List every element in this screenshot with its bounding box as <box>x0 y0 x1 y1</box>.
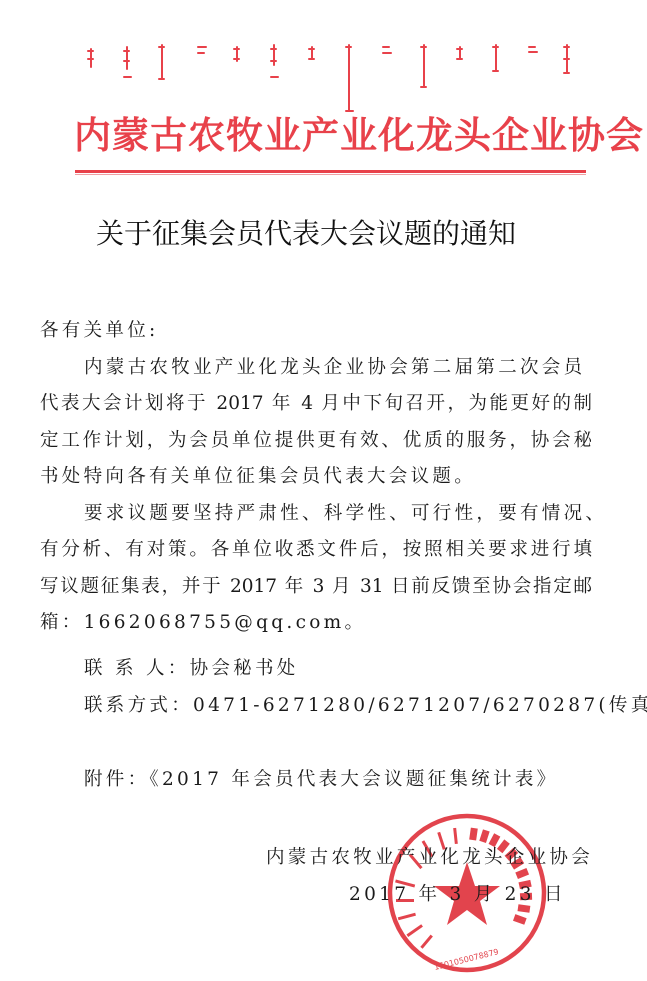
paragraph-line: 要求议题要坚持严肃性、科学性、可行性，要有情况、 <box>40 496 592 533</box>
paragraph-2: 要求议题要坚持严肃性、科学性、可行性，要有情况、 有分析、有对策。各单位收悉文件… <box>40 496 592 642</box>
organization-letterhead-title: 内蒙古农牧业产业化龙头企业协会 <box>74 110 586 160</box>
paragraph-line: 定工作计划，为会员单位提供更有效、优质的服务，协会秘 <box>40 423 592 460</box>
contact-person-row: 联 系 人：协会秘书处 <box>40 651 592 688</box>
mongolian-glyph <box>563 44 571 78</box>
salutation-text: 各有关单位: <box>40 313 592 350</box>
contact-section: 联 系 人：协会秘书处 联系方式：0471-6271280/6271207/62… <box>40 651 592 724</box>
salutation: 各有关单位: <box>40 313 592 350</box>
mongolian-glyph <box>158 44 166 84</box>
attachment-section: 附件：《2017 年会员代表大会议题征集统计表》 <box>40 762 592 799</box>
notice-title: 关于征集会员代表大会议题的通知 <box>96 214 556 254</box>
paragraph-line: 代表大会计划将于 2017 年 4 月中下旬召开，为能更好的制 <box>40 386 592 423</box>
mongolian-glyph <box>420 44 428 90</box>
mongolian-glyph <box>233 44 241 64</box>
letterhead-rule-thin <box>75 174 586 175</box>
attachment-label: 附件： <box>84 769 149 790</box>
mongolian-glyph <box>345 44 353 116</box>
signature-date: 2017 年 3 月 23 日 <box>349 880 566 910</box>
mongolian-glyph <box>197 44 205 58</box>
mongolian-glyph <box>382 44 390 58</box>
contact-person-label: 联 系 人： <box>84 658 190 679</box>
attachment-value: 《2017 年会员代表大会议题征集统计表》 <box>149 769 558 790</box>
contact-method-label: 联系方式： <box>84 695 193 716</box>
contact-method-row: 联系方式：0471-6271280/6271207/6270287(传真) <box>40 688 592 725</box>
contact-person-value: 协会秘书处 <box>190 658 299 679</box>
letterhead-rule-thick <box>75 170 586 173</box>
mongolian-glyph <box>492 44 500 76</box>
mongolian-glyph <box>456 44 464 64</box>
mongolian-glyph <box>87 44 95 70</box>
document-page: 内蒙古农牧业产业化龙头企业协会 关于征集会员代表大会议题的通知 各有关单位: 内… <box>0 0 647 981</box>
attachment-row: 附件：《2017 年会员代表大会议题征集统计表》 <box>40 762 592 799</box>
paragraph-line: 有分析、有对策。各单位收悉文件后，按照相关要求进行填 <box>40 532 592 569</box>
contact-method-value: 0471-6271280/6271207/6270287(传真) <box>193 695 647 716</box>
paragraph-line: 内蒙古农牧业产业化龙头企业协会第二届第二次会员 <box>40 350 592 387</box>
paragraph-line: 写议题征集表，并于 2017 年 3 月 31 日前反馈至协会指定邮 <box>40 569 592 606</box>
mongolian-glyph <box>308 44 316 64</box>
paragraph-1: 内蒙古农牧业产业化龙头企业协会第二届第二次会员 代表大会计划将于 2017 年 … <box>40 350 592 496</box>
mongolian-glyph <box>528 44 536 56</box>
mongolian-glyph <box>270 44 278 84</box>
signature-organization: 内蒙古农牧业产业化龙头企业协会 <box>266 843 593 873</box>
mongolian-glyph <box>123 44 131 84</box>
paragraph-line: 书处特向各有关单位征集会员代表大会议题。 <box>40 459 592 496</box>
paragraph-line: 箱：1662068755@qq.com。 <box>40 605 592 642</box>
